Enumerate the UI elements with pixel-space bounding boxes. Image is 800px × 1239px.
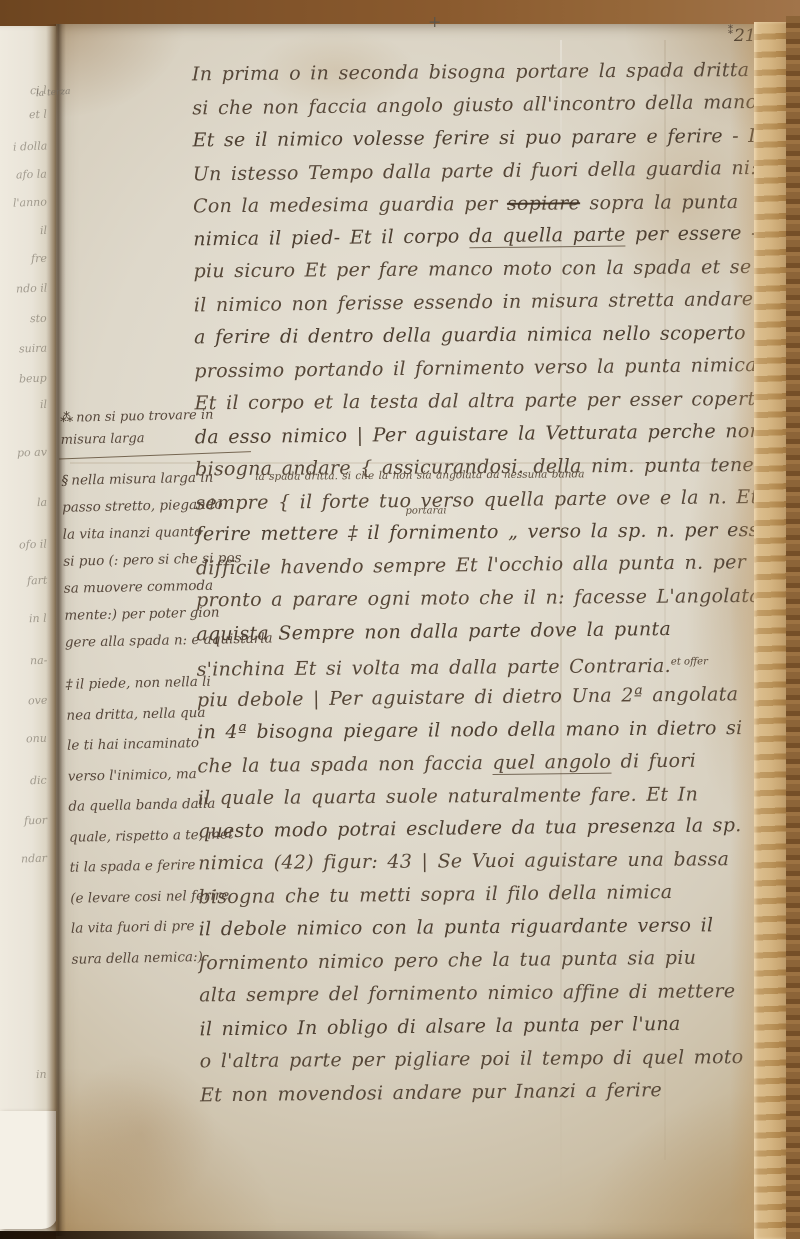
facing-text-fragment: fre (31, 252, 47, 266)
underlined-phrase: da quella parte (469, 224, 626, 249)
struck-word: sopiare (507, 192, 580, 215)
text-line: in 4ª bisogna piegare il nodo della mano… (197, 711, 793, 749)
facing-text-fragment: po av (17, 445, 47, 459)
text-segment: sopra la punta (580, 191, 739, 214)
facing-text-fragment: ndar (21, 852, 47, 866)
margin-note-line: da quella banda dalla (68, 788, 233, 822)
text-segment: Con la medesima guardia per (193, 192, 507, 216)
margin-note-line: si puo (: pero si che si pos (63, 544, 271, 575)
interline-addition: portarai (405, 505, 446, 516)
cross-mark: + (428, 12, 441, 31)
margin-note-line: ti la spada e ferire (69, 849, 234, 883)
text-segment: che la tua spada non faccia (197, 752, 492, 777)
text-line: il nimico In obligo di alsare la punta p… (199, 1006, 795, 1046)
facing-text-fragment: la (37, 496, 48, 509)
text-line: o l'altra parte per pigliare poi il temp… (200, 1040, 796, 1078)
facing-text-fragment: dic (30, 774, 47, 788)
margin-note-line: ‡il piede, non nella li (66, 666, 231, 700)
text-line: Un istesso Tempo dalla parte di fuori de… (193, 151, 789, 191)
paper-stain (66, 1054, 216, 1214)
text-segment: di fuori (611, 749, 696, 772)
facing-page-edge: ci l et l i dolla afo la l'anno il fre n… (0, 26, 58, 1232)
text-line: aquista Sempre non dalla parte dove la p… (196, 612, 792, 652)
text-line: prossimo portando il fornimento verso la… (194, 349, 790, 389)
reference-mark: ⁂ (60, 411, 73, 426)
facing-text-fragment: il (40, 398, 47, 411)
reference-mark: § (61, 473, 68, 489)
interline-addition: la spada dritta. si che la non sia angol… (255, 468, 584, 483)
margin-notes: ⁂non si puo trovare in misura larga §nel… (60, 404, 235, 408)
margin-note-text: nella misura larga in (71, 470, 213, 489)
text-line: alta sempre del fornimento nimico affine… (199, 975, 795, 1013)
facing-text-fragment: onu (26, 732, 47, 746)
page-corner-curl (0, 1111, 58, 1229)
margin-note-text: non si puo trovare in (76, 408, 214, 426)
text-segment: per essere - (625, 222, 757, 245)
text-segment: nimica il pied- Et il corpo (193, 226, 469, 251)
folio-number: ⁑21 (728, 26, 756, 46)
book-block-edge (786, 16, 800, 1239)
interline-addition: et offer (671, 656, 708, 667)
facing-text-fragment: sto (30, 312, 47, 326)
margin-note-line: (e levare cosi nel ferire (70, 880, 235, 914)
facing-text-fragment: et l (29, 108, 47, 122)
text-line: fornimento nimico pero che la tua punta … (199, 941, 795, 981)
facing-text-fragment: il (40, 224, 47, 237)
facing-text-fragment: ofo il (19, 538, 47, 552)
facing-text-fragment: l'anno (13, 195, 47, 209)
margin-note-line: ⁂non si puo trovare in (60, 405, 214, 430)
margin-note-line: quale, rispetto a te, met (69, 819, 234, 853)
facing-text-fragment: beup (19, 372, 47, 386)
text-line: Et il corpo et la testa dal altra parte … (194, 383, 790, 421)
text-line: sempre { il forte tuo verso quella parte… (195, 480, 791, 520)
margin-note-line: nea dritta, nella qua (66, 697, 231, 731)
margin-note-line: la vita fuori di pre (71, 910, 236, 944)
margin-note-line: verso l'inimico, ma (67, 758, 232, 792)
text-line: s'inchina Et si volta ma dalla parte Con… (197, 646, 793, 684)
facing-text-fragment: i dolla (13, 139, 48, 153)
folio-mark: ⁑ (728, 26, 733, 37)
underlined-phrase: quel angolo (492, 750, 611, 774)
margin-note-b: §nella misura larga in passo stretto, pi… (61, 463, 273, 656)
manuscript-page: + ⁑21 In prima o in seconda bisogna port… (56, 24, 786, 1239)
facing-text-fragment: afo la (16, 167, 47, 181)
margin-note-line: sura della nemica:) (71, 941, 236, 975)
page-corner-stain (56, 24, 186, 119)
facing-text-fragment: suira (19, 342, 48, 356)
text-line: da esso nimico | Per aguistare la Vettur… (195, 414, 791, 454)
margin-note-a: ⁂non si puo trovare in misura larga (60, 405, 214, 452)
margin-note-text: il piede, non nella li (75, 674, 211, 693)
manuscript-photo: ci l et l i dolla afo la l'anno il fre n… (0, 0, 800, 1239)
text-segment: s'inchina Et si volta ma dalla parte Con… (197, 655, 671, 681)
facing-text-fragment: ove (27, 694, 47, 708)
folio-number-value: 21 (734, 26, 756, 46)
text-line: Et non movendosi andare pur Inanzi a fer… (200, 1072, 796, 1112)
text-line: In prima o in seconda bisogna portare la… (192, 54, 788, 92)
text-line: si che non faccia angolo giusto all'inco… (192, 86, 788, 126)
table-shadow (0, 1231, 440, 1239)
facing-text-fragment: in l (29, 612, 47, 626)
facing-text-fragment: na- (29, 654, 47, 668)
margin-note-line: le ti hai incaminato (67, 727, 232, 761)
text-line: che la tua spada non faccia quel angolo … (197, 743, 793, 783)
text-line: Et se il nimico volesse ferire si puo pa… (192, 119, 788, 157)
margin-note-line: gere alla spada n: e aquistarla (65, 625, 273, 656)
margin-note-line: misura larga (60, 427, 214, 452)
facing-text-fragment: fuor (24, 814, 47, 828)
facing-text-fragment: in (36, 1068, 47, 1081)
margin-note-c: ‡il piede, non nella li nea dritta, nell… (66, 666, 237, 974)
facing-text-fragment: fart (26, 574, 47, 588)
reference-mark: ‡ (66, 677, 73, 693)
facing-text-fragment: ndo il (16, 281, 48, 295)
main-text-block: In prima o in seconda bisogna portare la… (192, 54, 796, 1111)
text-line: piu debole | Per aguistare di dietro Una… (197, 678, 793, 718)
deckle-page-edge (754, 22, 788, 1239)
